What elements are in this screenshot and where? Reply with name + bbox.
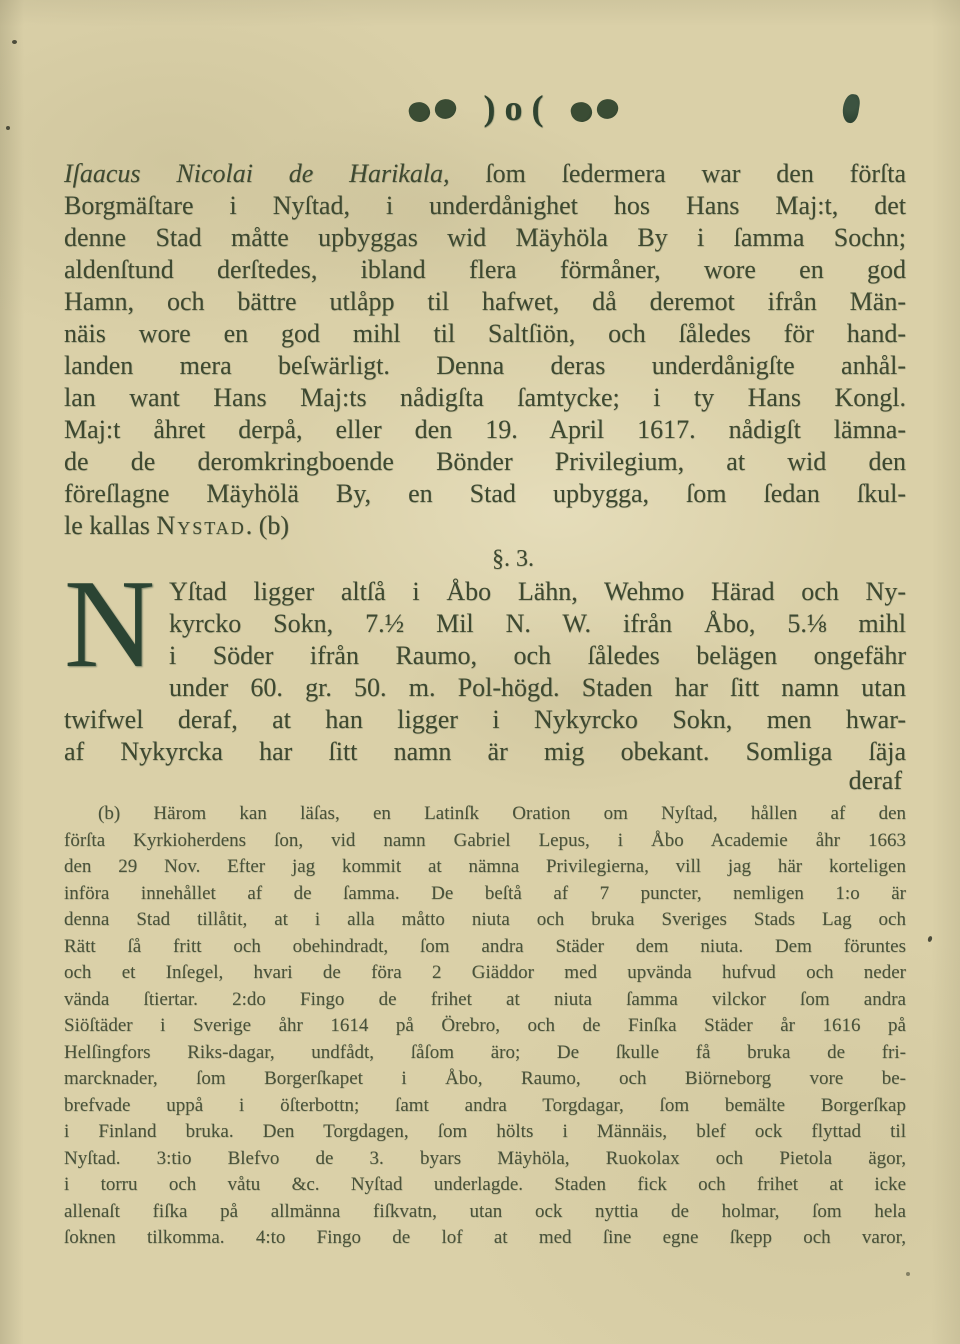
section-heading: §. 3.: [64, 544, 906, 574]
text-line: Iſaacus Nicolai de Harikala, ſom ſederme…: [64, 158, 906, 190]
footnote-line: ſoknen tilkomma. 4:to Fingo de lof at me…: [64, 1225, 906, 1252]
footnote-line: i Finland bruka. Den Torgdagen, ſom hölt…: [64, 1119, 906, 1146]
paper-speck: [927, 935, 933, 942]
text-line: Borgmäſtare i Nyſtad, i underdånighet ho…: [64, 190, 906, 222]
text-line: kyrcko Sokn, 7.½ Mil N. W. ifrån Åbo, 5.…: [64, 608, 906, 640]
footnote-line: marcknader, ſom Borgerſkapet i Åbo, Raum…: [64, 1066, 906, 1093]
footnote-ref: . (b): [246, 511, 289, 540]
catchword: deraf: [64, 766, 906, 796]
text-line: föreſlagne Mäyhölä By, en Stad upbygga, …: [64, 478, 906, 510]
text-line: le kallas Nystad. (b): [64, 510, 906, 542]
footnote-line: införa innehållet af de ſamma. De beſtå …: [64, 881, 906, 908]
footnote-line: den 29 Nov. Efter jag kommit at nämna Pr…: [64, 854, 906, 881]
text-line: i Söder ifrån Raumo, och ſåledes belägen…: [64, 640, 906, 672]
floral-rosette-icon: [408, 96, 460, 126]
ornament-text: )o(: [484, 87, 553, 129]
footnote-line: vända ſtiertar. 2:do Fingo de frihet at …: [64, 987, 906, 1014]
footnote-line: i torru och våtu &c. Nyſtad underlagde. …: [64, 1172, 906, 1199]
text-line: Hamn, och bättre utlåpp til hafwet, då d…: [64, 286, 906, 318]
text-line: af Nykyrcka har ſitt namn är mig obekant…: [64, 736, 906, 768]
footnote-line: allenaſt fiſka på allmänna fiſkvatn, uta…: [64, 1199, 906, 1226]
footnote: (b) Härom kan läſas, en Latinſk Oration …: [64, 801, 906, 1252]
footnote-line: (b) Härom kan läſas, en Latinſk Oration …: [64, 801, 906, 828]
footnote-line: Siöſtäder i Sverige åhr 1614 på Örebro, …: [64, 1013, 906, 1040]
text-line: landen mera beſwärligt. Denna deras unde…: [64, 350, 906, 382]
footnote-line: denna Stad tillåtit, at i alla måtto niu…: [64, 907, 906, 934]
text-block: Iſaacus Nicolai de Harikala, ſom ſederme…: [64, 158, 906, 1252]
floral-rosette-icon: [570, 96, 622, 126]
text-line: twifwel deraf, at han ligger i Nykyrcko …: [64, 704, 906, 736]
footnote-line: förſta Kyrkioherdens ſon, vid namn Gabri…: [64, 828, 906, 855]
footnote-line: och et Inſegel, hvari de föra 2 Giäddor …: [64, 960, 906, 987]
paragraph-2: N Yſtad ligger altſå i Åbo Lähn, Wehmo H…: [64, 576, 906, 796]
footnote-line: Nyſtad. 3:tio Blefvo de 3. byars Mäyhöla…: [64, 1146, 906, 1173]
book-page: )o( Iſaacus Nicolai de Harikala, ſom ſed…: [0, 0, 960, 1344]
section-heading-text: §. 3.: [492, 544, 534, 574]
text-line: lan want Hans Maj:ts nådigſta ſamtycke; …: [64, 382, 906, 414]
text-line: under 60. gr. 50. m. Pol-högd. Staden ha…: [64, 672, 906, 704]
lead-name-italic: Iſaacus Nicolai de Harikala,: [64, 159, 450, 188]
paper-speck: [906, 1272, 910, 1276]
text-line: denne Stad måtte upbyggas wid Mäyhöla By…: [64, 222, 906, 254]
footnote-line: Helſingfors Riks-dagar, undfådt, ſåſom ä…: [64, 1040, 906, 1067]
paragraph-1: Iſaacus Nicolai de Harikala, ſom ſederme…: [64, 158, 906, 542]
text-line: aldenſtund derſtedes, ibland flera förmå…: [64, 254, 906, 286]
city-name-smallcaps: Nystad: [156, 511, 245, 540]
footnote-line: Rätt ſå fritt och obehindradt, ſom andra…: [64, 934, 906, 961]
text-line: Yſtad ligger altſå i Åbo Lähn, Wehmo Här…: [64, 576, 906, 608]
drop-cap: N: [64, 576, 169, 676]
paper-speck: [12, 40, 17, 44]
text-line-rest: ſom ſedermera war den förſta: [450, 159, 906, 188]
text-line: Maj:t åhret derpå, eller den 19. April 1…: [64, 414, 906, 446]
header-ornament-inner: )o(: [408, 90, 623, 132]
text-line: näis wore en god mihl til Saltſiön, och …: [64, 318, 906, 350]
text-line-pre: le kallas: [64, 511, 156, 540]
text-line: de de deromkringboende Bönder Privilegiu…: [64, 446, 906, 478]
header-ornament: )o(: [0, 90, 960, 132]
paper-speck: [6, 126, 10, 130]
footnote-line: brefvade uppå i öſterbottn; ſamt andra T…: [64, 1093, 906, 1120]
